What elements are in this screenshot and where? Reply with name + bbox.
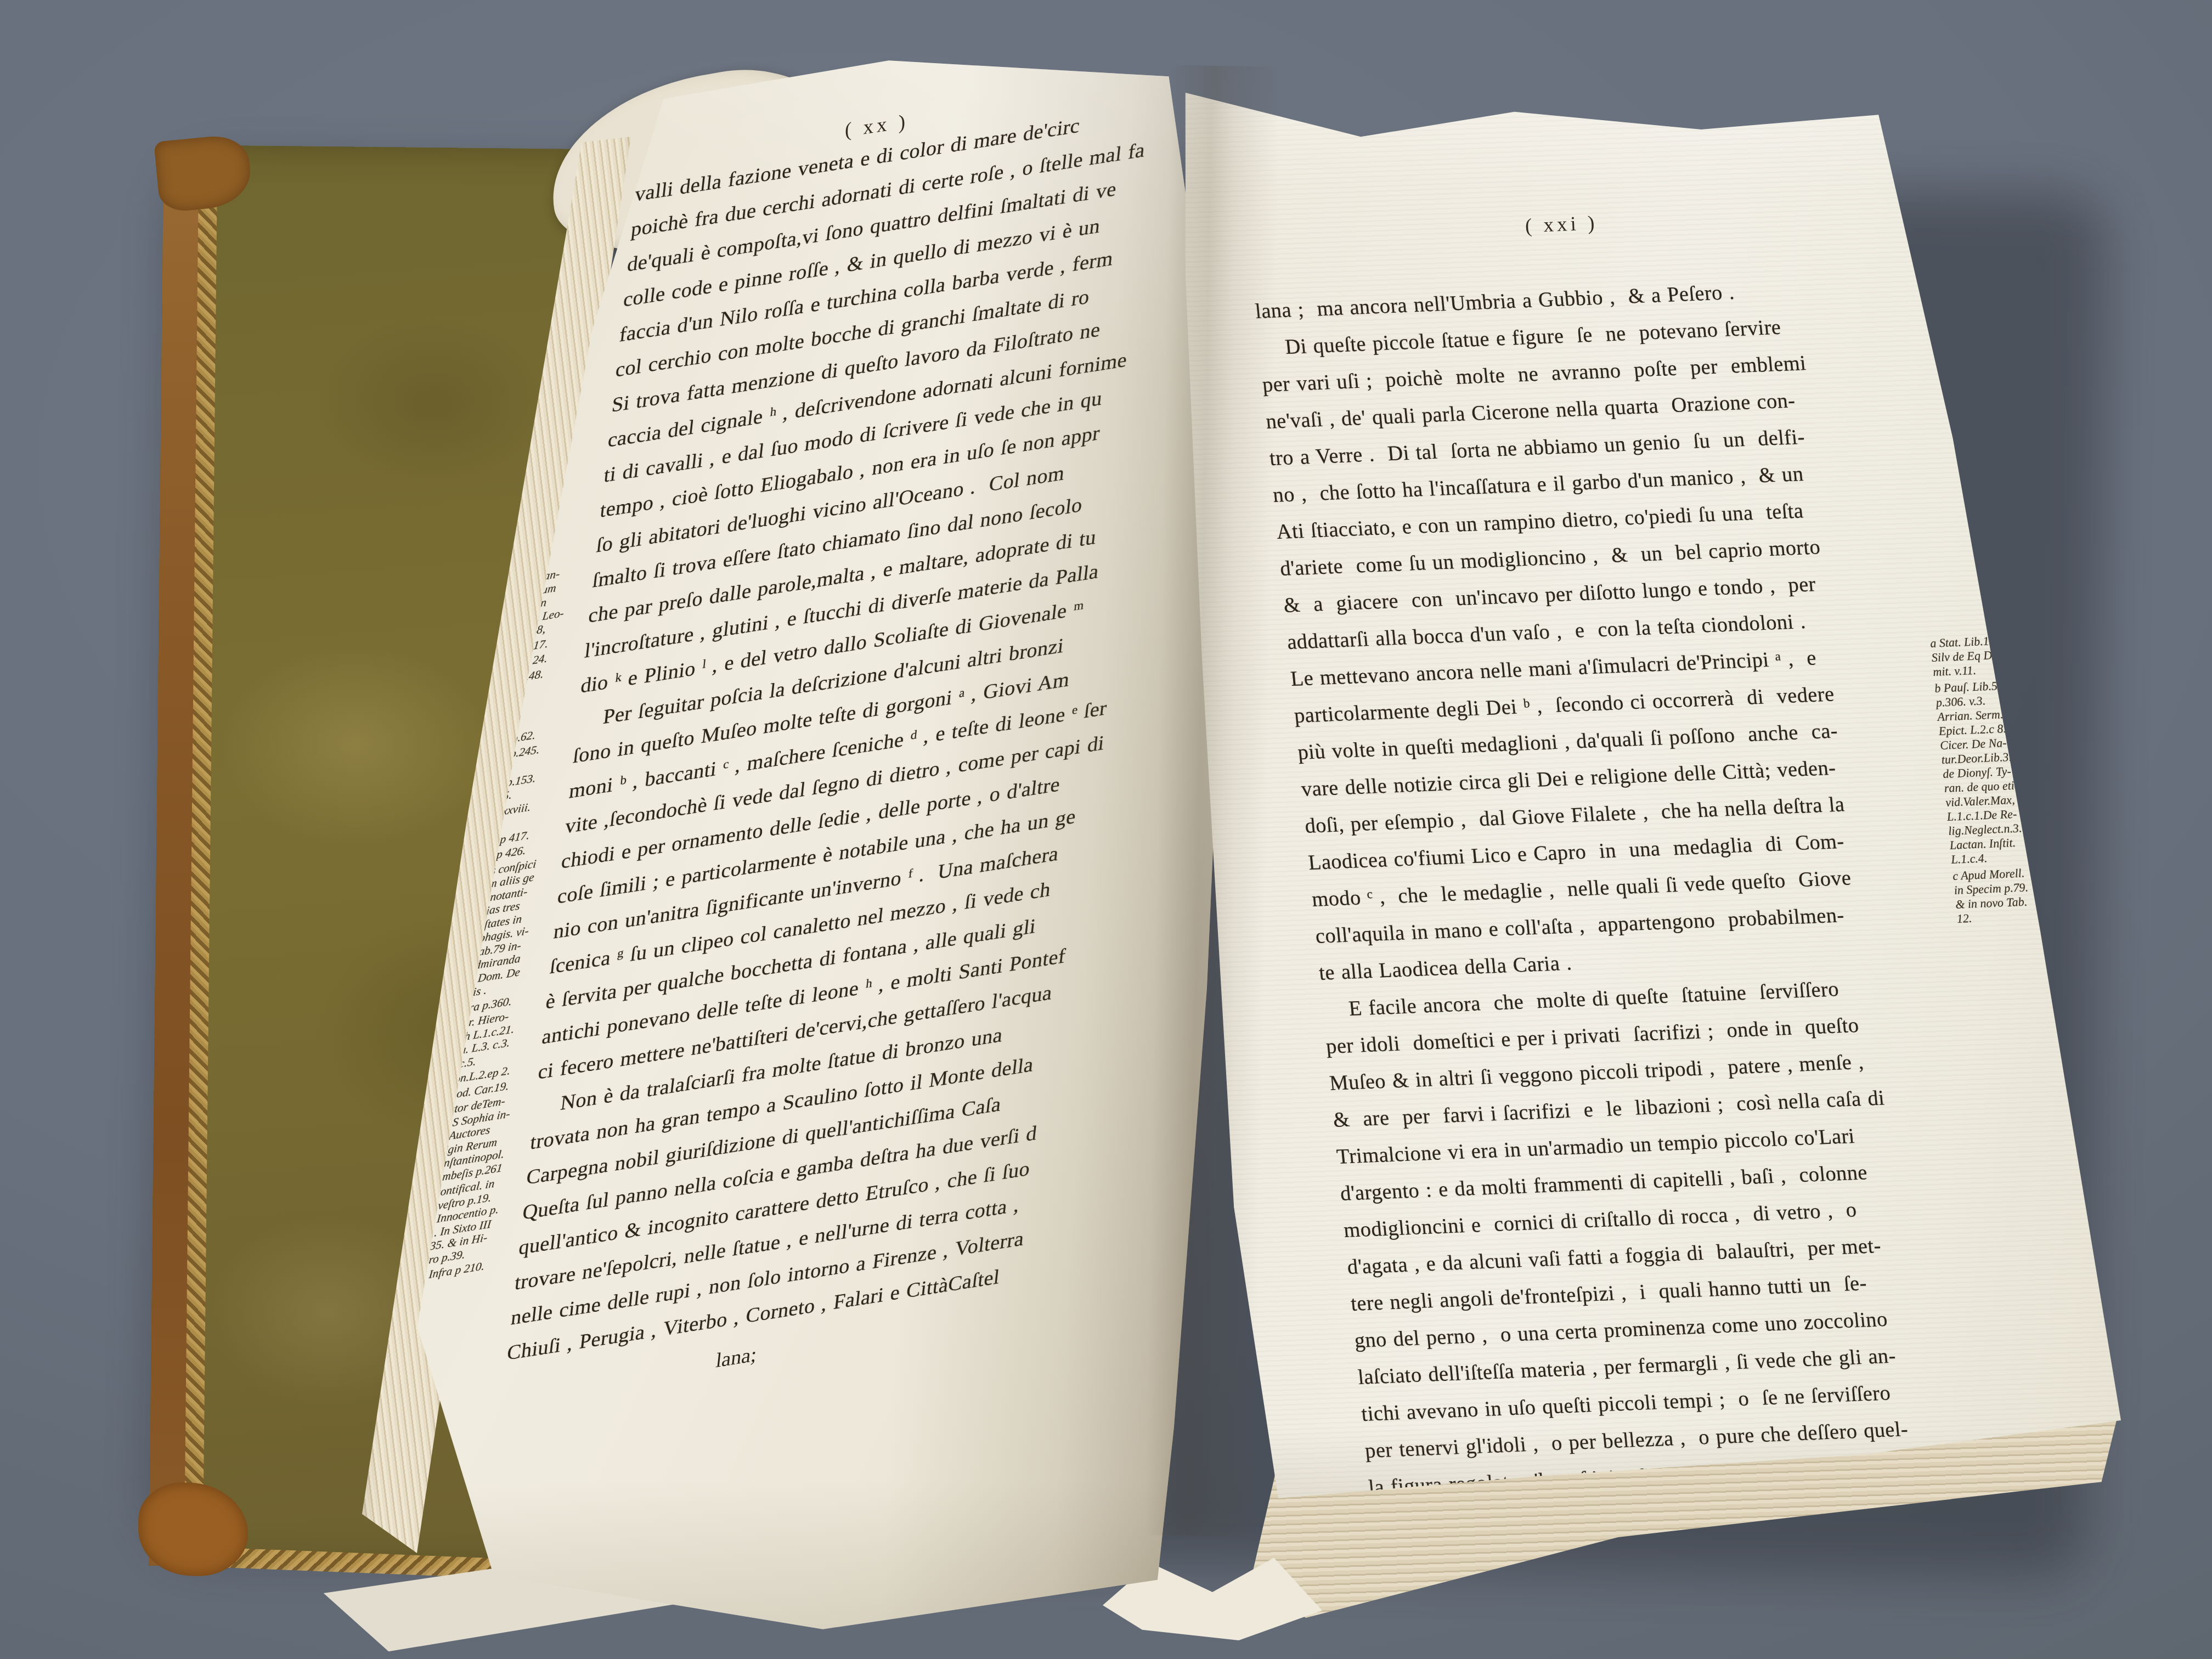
- cover-leather-corner-top: [154, 133, 253, 213]
- right-body-text: lana ; ma ancora nell'Umbria a Gubbio , …: [1254, 268, 2011, 1543]
- right-page-number: ( xxi ): [1525, 211, 1598, 238]
- left-body-text: valli della fazione veneta e di color di…: [505, 77, 1285, 1372]
- cover-leather-corner-bottom: [138, 1482, 249, 1577]
- left-catchword: lana;: [715, 1343, 758, 1373]
- photo-scene: ( xx ) h Icon. Lib.1. p.777. i Vid. DuCa…: [0, 0, 2212, 1659]
